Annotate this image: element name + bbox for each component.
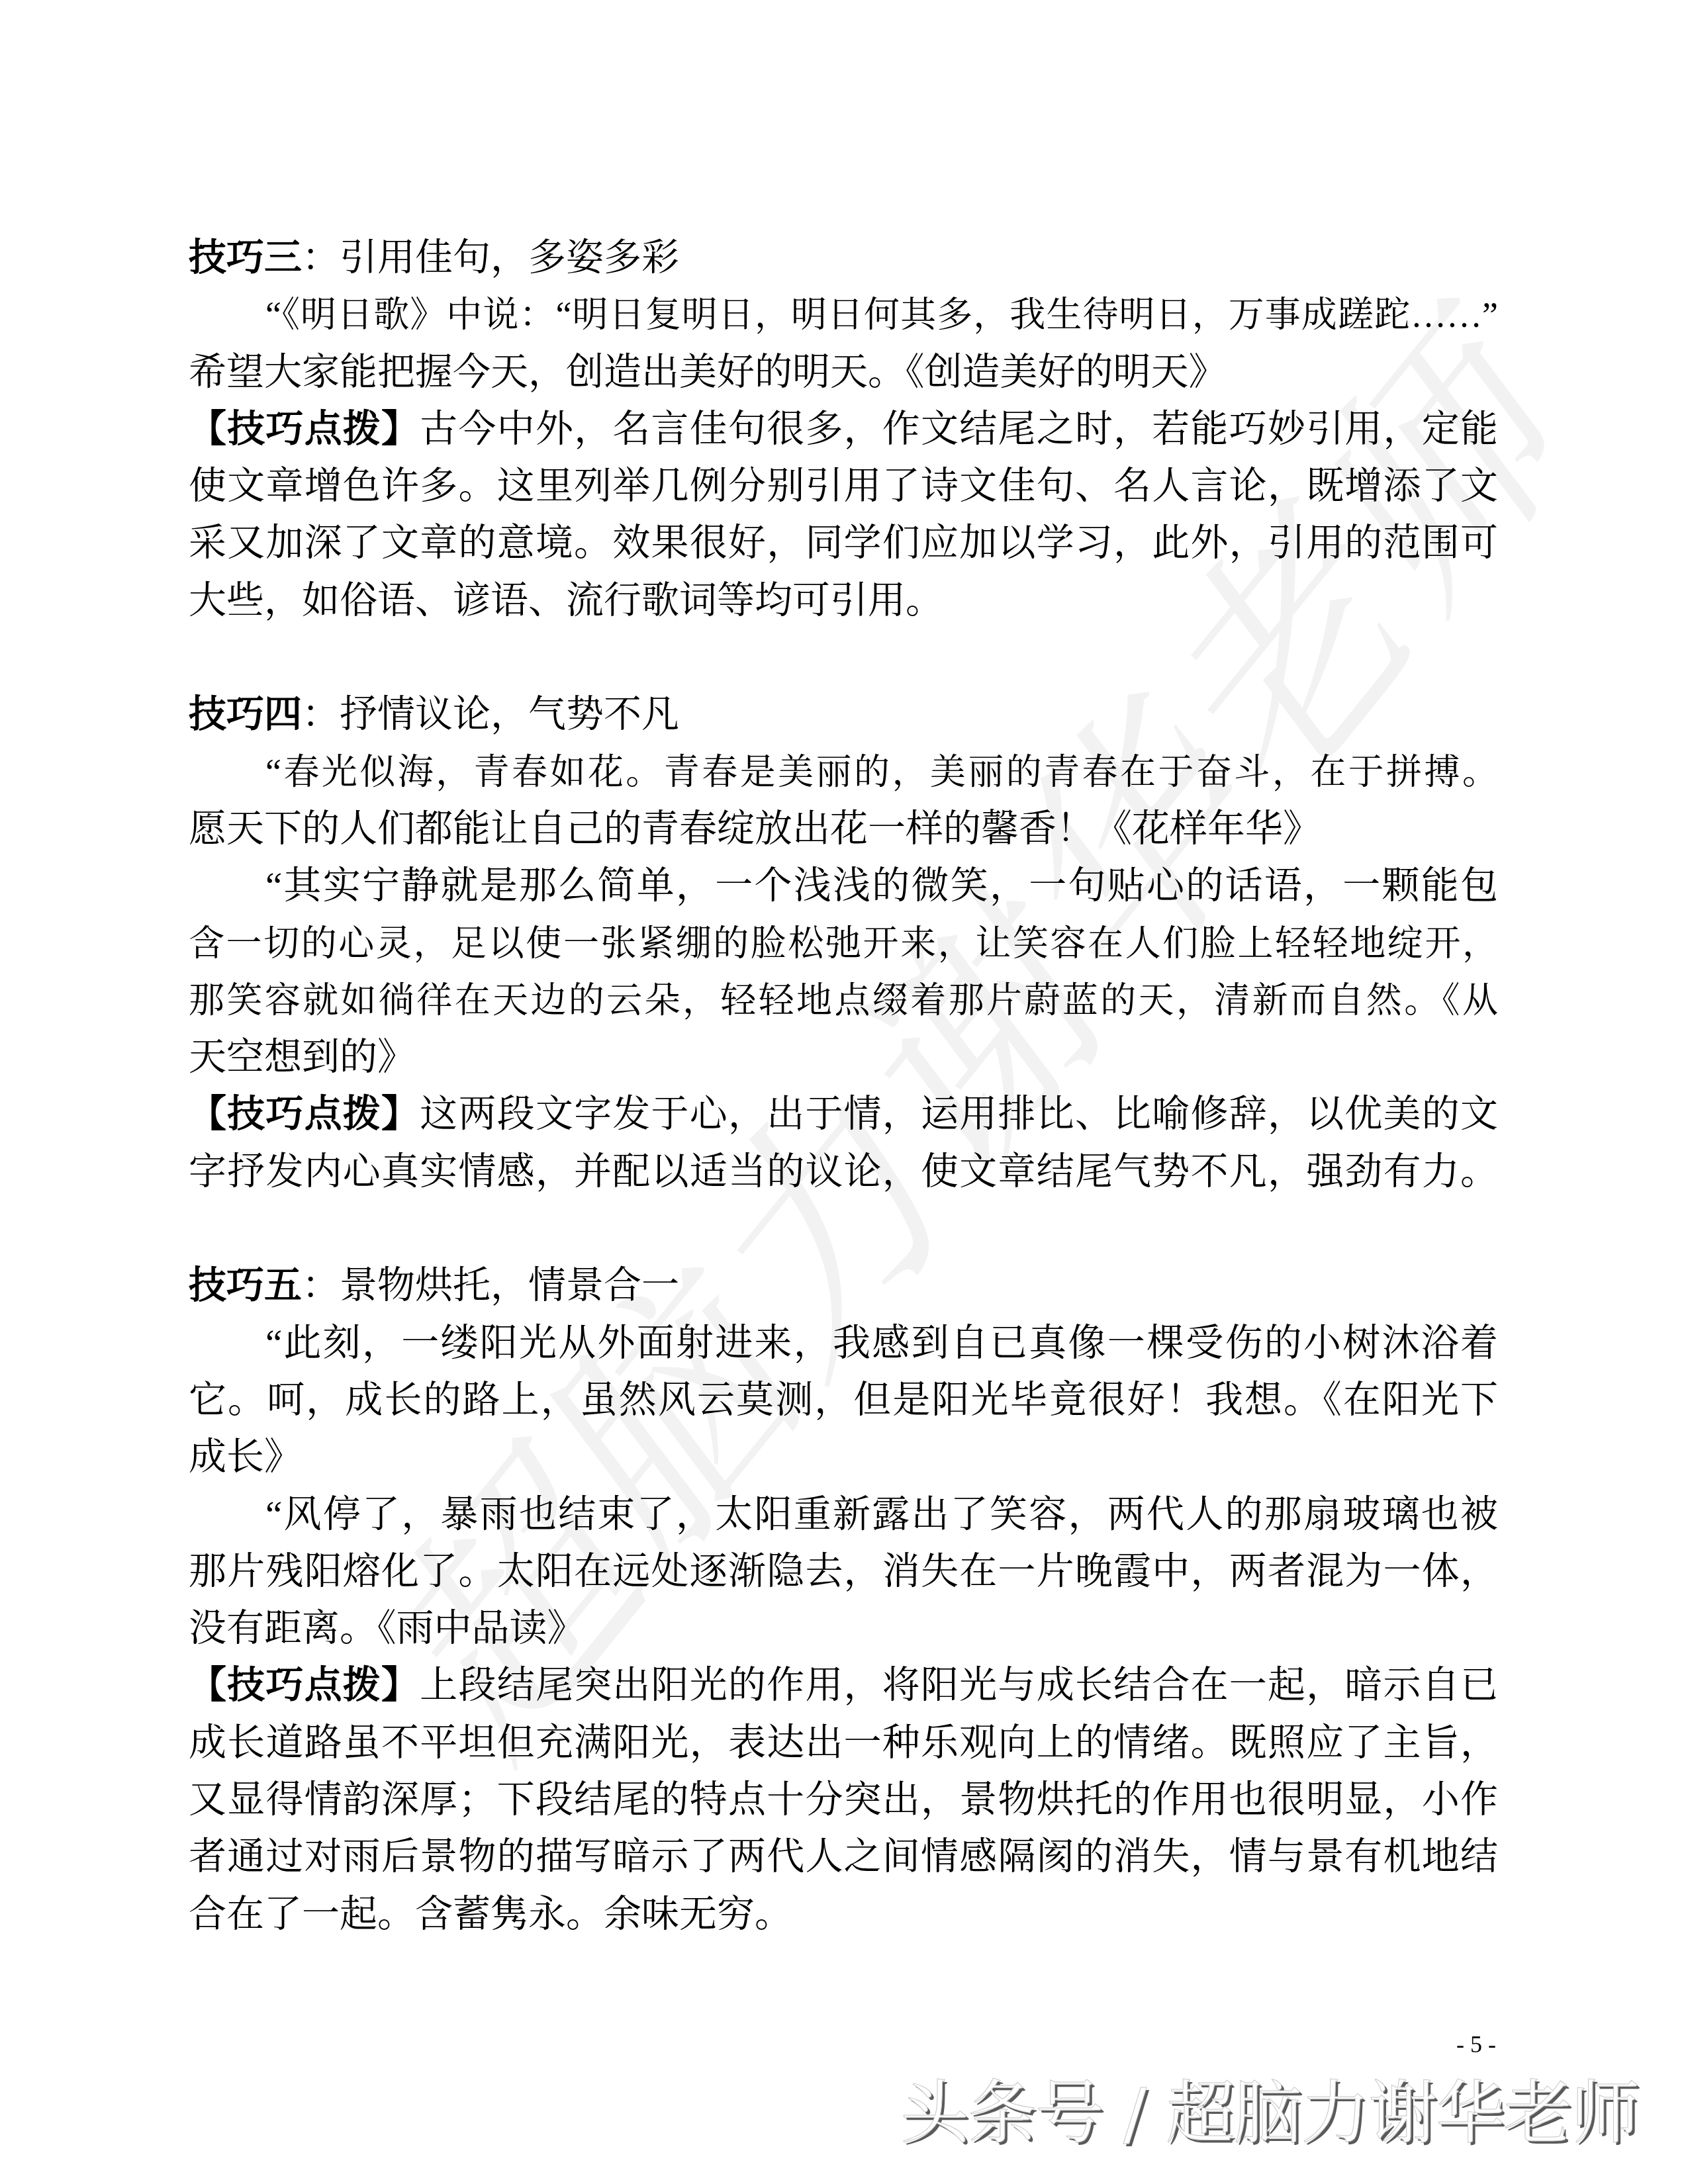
section-spacer <box>189 1201 1498 1257</box>
heading-label: 技巧五 <box>189 1265 302 1306</box>
text-line: 大些，如俗语、谚语、流行歌词等均可引用。 <box>189 572 1498 629</box>
text-line: 使文章增色许多。这里列举几例分别引用了诗文佳句、名人言论，既增添了文 <box>189 458 1498 515</box>
text-line: 者通过对雨后景物的描写暗示了两代人之间情感隔阂的消失，情与景有机地结 <box>189 1829 1498 1886</box>
tip-text: 这两段文字发于心，出于情，运用排比、比喻修辞，以优美的文 <box>420 1093 1498 1135</box>
tip-text: 古今中外，名言佳句很多，作文结尾之时，若能巧妙引用，定能 <box>420 408 1498 450</box>
heading-title: ：引用佳句，多姿多彩 <box>302 237 679 279</box>
text-line: “风停了，暴雨也结束了，太阳重新露出了笑容，两代人的那扇玻璃也被 <box>189 1486 1498 1543</box>
tip-text: 上段结尾突出阳光的作用，将阳光与成长结合在一起，暗示自已 <box>420 1664 1498 1706</box>
text-line: 希望大家能把握今天，创造出美好的明天。《创造美好的明天》 <box>189 344 1498 401</box>
section-spacer <box>189 629 1498 686</box>
text-line: 采又加深了文章的意境。效果很好，同学们应加以学习，此外，引用的范围可 <box>189 515 1498 572</box>
tip-label: 【技巧点拨】 <box>189 408 420 450</box>
text-line: “《明日歌》中说：“明日复明日，明日何其多，我生待明日，万事成蹉跎……” <box>189 287 1498 343</box>
section-heading: 技巧四：抒情议论，气势不凡 <box>189 686 1498 743</box>
footer-watermark: 头条号 / 超脑力谢华老师 <box>900 2070 1638 2156</box>
text-line: 合在了一起。含蓄隽永。余味无穷。 <box>189 1886 1498 1943</box>
text-line: 没有距离。《雨中品读》 <box>189 1600 1498 1657</box>
heading-label: 技巧四 <box>189 694 302 735</box>
text-line: 含一切的心灵，足以使一张紧绷的脸松弛开来，让笑容在人们脸上轻轻地绽开， <box>189 915 1498 972</box>
tip-label: 【技巧点拨】 <box>189 1664 420 1706</box>
text-line: 字抒发内心真实情感，并配以适当的议论，使文章结尾气势不凡，强劲有力。 <box>189 1144 1498 1201</box>
text-line: “其实宁静就是那么简单，一个浅浅的微笑，一句贴心的话语，一颗能包 <box>189 858 1498 915</box>
section-heading: 技巧三：引用佳句，多姿多彩 <box>189 230 1498 287</box>
text-line: 它。呵，成长的路上，虽然风云莫测，但是阳光毕竟很好！我想。《在阳光下 <box>189 1372 1498 1429</box>
text-line: 成长道路虽不平坦但充满阳光，表达出一种乐观向上的情绪。既照应了主旨， <box>189 1715 1498 1772</box>
text-line: 那笑容就如徜徉在天边的云朵，轻轻地点缀着那片蔚蓝的天，清新而自然。《从 <box>189 972 1498 1029</box>
heading-label: 技巧三 <box>189 237 302 279</box>
section-heading: 技巧五：景物烘托，情景合一 <box>189 1257 1498 1314</box>
text-line: 愿天下的人们都能让自己的青春绽放出花一样的馨香！《花样年华》 <box>189 801 1498 858</box>
text-line: 又显得情韵深厚；下段结尾的特点十分突出，景物烘托的作用也很明显，小作 <box>189 1772 1498 1829</box>
text-line: 那片残阳熔化了。太阳在远处逐渐隐去，消失在一片晚霞中，两者混为一体， <box>189 1543 1498 1600</box>
text-line: “春光似海，青春如花。青春是美丽的，美丽的青春在于奋斗，在于拼搏。 <box>189 744 1498 801</box>
tip-line: 【技巧点拨】古今中外，名言佳句很多，作文结尾之时，若能巧妙引用，定能 <box>189 401 1498 458</box>
document-body: 技巧三：引用佳句，多姿多彩 “《明日歌》中说：“明日复明日，明日何其多，我生待明… <box>189 230 1498 1943</box>
tip-line: 【技巧点拨】这两段文字发于心，出于情，运用排比、比喻修辞，以优美的文 <box>189 1086 1498 1143</box>
tip-label: 【技巧点拨】 <box>189 1093 420 1135</box>
heading-title: ：抒情议论，气势不凡 <box>302 694 679 735</box>
page-number: - 5 - <box>1456 2030 1496 2058</box>
text-line: 成长》 <box>189 1429 1498 1486</box>
heading-title: ：景物烘托，情景合一 <box>302 1265 679 1306</box>
text-line: “此刻，一缕阳光从外面射进来，我感到自已真像一棵受伤的小树沐浴着 <box>189 1315 1498 1372</box>
tip-line: 【技巧点拨】上段结尾突出阳光的作用，将阳光与成长结合在一起，暗示自已 <box>189 1657 1498 1714</box>
text-line: 天空想到的》 <box>189 1029 1498 1086</box>
